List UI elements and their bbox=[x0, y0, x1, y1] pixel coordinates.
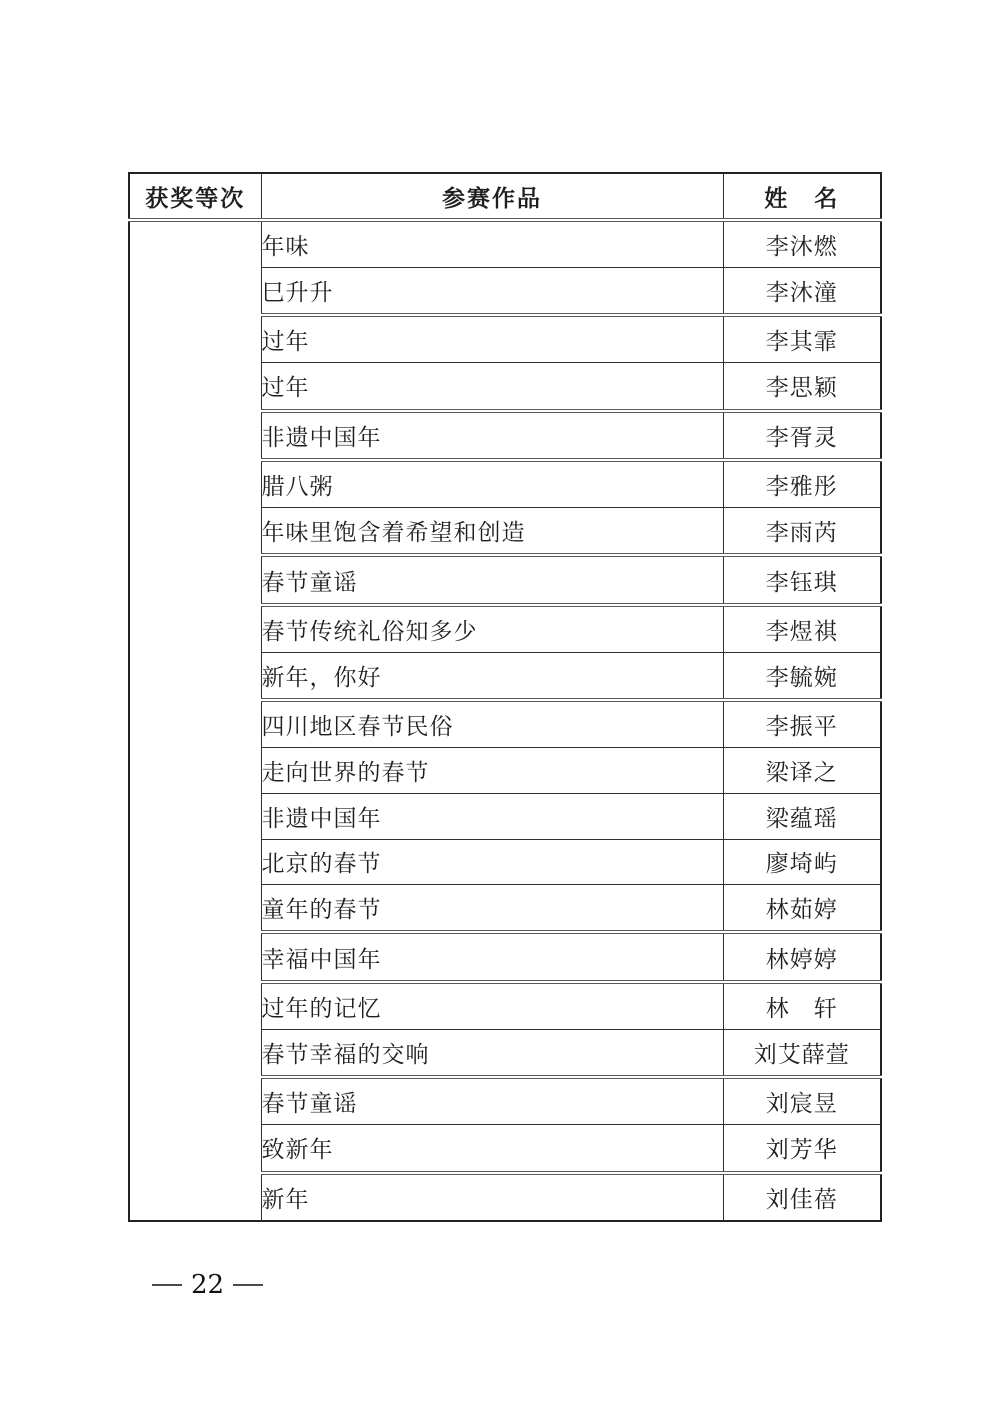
work-cell: 新年 bbox=[261, 1173, 723, 1222]
work-cell: 童年的春节 bbox=[261, 885, 723, 933]
name-cell: 李沐潼 bbox=[723, 268, 881, 316]
work-cell: 非遗中国年 bbox=[261, 794, 723, 840]
name-cell: 梁蕴瑶 bbox=[723, 794, 881, 840]
header-work: 参赛作品 bbox=[261, 173, 723, 220]
work-cell: 年味里饱含着希望和创造 bbox=[261, 508, 723, 556]
work-cell: 新年，你好 bbox=[261, 653, 723, 701]
work-cell: 致新年 bbox=[261, 1125, 723, 1173]
header-row: 获奖等次 参赛作品 姓 名 bbox=[129, 173, 881, 220]
work-cell: 非遗中国年 bbox=[261, 411, 723, 461]
work-cell: 过年 bbox=[261, 363, 723, 411]
name-cell: 林 轩 bbox=[723, 982, 881, 1030]
table-header: 获奖等次 参赛作品 姓 名 bbox=[129, 173, 881, 220]
work-cell: 北京的春节 bbox=[261, 839, 723, 885]
name-cell: 刘宸昱 bbox=[723, 1077, 881, 1125]
name-cell: 李振平 bbox=[723, 700, 881, 748]
work-cell: 春节童谣 bbox=[261, 555, 723, 605]
name-cell: 林婷婷 bbox=[723, 932, 881, 982]
award-level-cell bbox=[129, 220, 261, 1221]
name-cell: 李雨芮 bbox=[723, 508, 881, 556]
work-cell: 春节幸福的交响 bbox=[261, 1030, 723, 1078]
name-cell: 梁译之 bbox=[723, 748, 881, 794]
work-cell: 年味 bbox=[261, 220, 723, 268]
name-cell: 李煜祺 bbox=[723, 605, 881, 653]
table-row: 年味 李沐燃 bbox=[129, 220, 881, 268]
name-cell: 李钰琪 bbox=[723, 555, 881, 605]
name-cell: 李思颖 bbox=[723, 363, 881, 411]
awards-table: 获奖等次 参赛作品 姓 名 年味 李沐燃 巳升升 李沐潼 过年 李其霏 过年 李… bbox=[128, 172, 882, 1222]
name-cell: 李沐燃 bbox=[723, 220, 881, 268]
name-cell: 廖埼屿 bbox=[723, 839, 881, 885]
name-cell: 李其霏 bbox=[723, 315, 881, 363]
work-cell: 四川地区春节民俗 bbox=[261, 700, 723, 748]
table-body: 年味 李沐燃 巳升升 李沐潼 过年 李其霏 过年 李思颖 非遗中国年 李胥灵 腊… bbox=[129, 220, 881, 1221]
name-cell: 林茹婷 bbox=[723, 885, 881, 933]
work-cell: 走向世界的春节 bbox=[261, 748, 723, 794]
name-cell: 李毓婉 bbox=[723, 653, 881, 701]
footer-dash-right bbox=[233, 1284, 263, 1286]
header-award-level: 获奖等次 bbox=[129, 173, 261, 220]
document-page: 获奖等次 参赛作品 姓 名 年味 李沐燃 巳升升 李沐潼 过年 李其霏 过年 李… bbox=[0, 0, 1000, 1414]
work-cell: 幸福中国年 bbox=[261, 932, 723, 982]
header-name: 姓 名 bbox=[723, 173, 881, 220]
footer-dash-left bbox=[152, 1284, 182, 1286]
work-cell: 过年的记忆 bbox=[261, 982, 723, 1030]
work-cell: 腊八粥 bbox=[261, 460, 723, 508]
page-footer: 22 bbox=[152, 1272, 263, 1298]
name-cell: 李胥灵 bbox=[723, 411, 881, 461]
work-cell: 春节传统礼俗知多少 bbox=[261, 605, 723, 653]
page-number: 22 bbox=[191, 1272, 224, 1298]
name-cell: 刘艾薛萱 bbox=[723, 1030, 881, 1078]
name-cell: 刘芳华 bbox=[723, 1125, 881, 1173]
name-cell: 刘佳蓓 bbox=[723, 1173, 881, 1222]
work-cell: 春节童谣 bbox=[261, 1077, 723, 1125]
name-cell: 李雅彤 bbox=[723, 460, 881, 508]
work-cell: 巳升升 bbox=[261, 268, 723, 316]
work-cell: 过年 bbox=[261, 315, 723, 363]
